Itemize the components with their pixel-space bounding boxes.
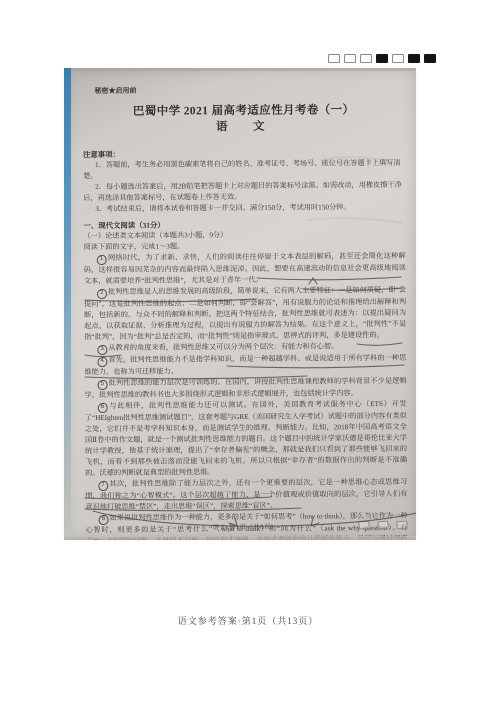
passage-paragraph: 1网络时代，为了求新、求快，人们的阅读往往停留于文本表层的解码，甚至还会简化这种… (84, 251, 406, 287)
page-indicator-icon[interactable] (328, 54, 340, 63)
page-indicator-icon[interactable] (424, 54, 436, 63)
viewer-caption: 语文参考答案·第1页（共13页） (0, 614, 496, 627)
page-indicator-icon[interactable] (408, 54, 420, 63)
answer-mark-box (377, 521, 388, 530)
paragraph-number-circled: 6 (97, 402, 108, 413)
passage-paragraph: 4首先，批判性思维能力不是指学科知识，而是一种超越学科、或是说适用于所有学科的一… (84, 353, 406, 378)
exam-paper-photo: 秘密★启用前 巴蜀中学 2021 届高考适应性月考卷（一） 语 文 注意事项： … (64, 68, 416, 540)
passage-paragraph: 5批判性思维的能力层次是可训练的。在国内，讲授批判性思维课程教师的学科背景不少是… (85, 376, 407, 401)
paragraph-number-circled: 4 (97, 356, 108, 367)
passage-paragraph: 6与此相伴，批判性思维能力还可以测试。在国外，美国教育考试服务中心（ETS）开发… (85, 399, 408, 479)
paragraph-number-circled: 7 (98, 480, 109, 491)
exam-paper-page: 秘密★启用前 巴蜀中学 2021 届高考适应性月考卷（一） 语 文 注意事项： … (69, 68, 416, 540)
paragraph-number-circled: 5 (97, 379, 108, 390)
passage-paragraph: 7其次，批判性思维除了能力层次之外，还有一个更重要的层次，它是一种思维心态或思维… (85, 477, 407, 513)
exam-title: 巴蜀中学 2021 届高考适应性月考卷（一） (83, 104, 405, 119)
paragraph-text: 与此相伴，批判性思维能力还可以测试。在国外，美国教育考试服务中心（ETS）开发了… (85, 400, 407, 477)
paragraph-number-circled: 2 (96, 288, 107, 299)
paragraph-number-circled: 1 (96, 254, 107, 265)
paragraph-text: 网络时代，为了求新、求快，人们的阅读往往停留于文本表层的解码，甚至还会简化这种解… (84, 252, 406, 285)
page-indicator-icon[interactable] (376, 54, 388, 63)
screenshot-root: 秘密★启用前 巴蜀中学 2021 届高考适应性月考卷（一） 语 文 注意事项： … (0, 0, 496, 702)
notice-item: 3．考试结束后，请将本试卷和答题卡一并交回。满分150分，考试用时150分钟。 (83, 202, 405, 215)
paragraph-text: 从教育的角度来看，批判性思维又可以分为两个层次：有能力和有心智。 (108, 342, 338, 352)
page-indicator-icon[interactable] (392, 54, 404, 63)
answer-mark-box (358, 521, 369, 530)
paragraph-text: 批判性思维的能力层次是可训练的。在国内，讲授批判性思维课程教师的学科背景不少是逻… (85, 377, 407, 399)
page-indicator-icon[interactable] (360, 54, 372, 63)
notice-item: 1．答题前，考生务必用黑色碳素笔将自己的姓名、准考证号、考场号、座位号在答题卡上… (83, 158, 405, 182)
paragraph-number-circled: 3 (97, 344, 108, 355)
security-label: 秘密★启用前 (94, 84, 404, 97)
paragraph-text: 批判性思维是人的思维发展的高级阶段，简单说来，它有两大主要特征：一是如何质疑，即… (84, 286, 406, 341)
paragraph-text: 其次，批判性思维除了能力层次之外，还有一个更重要的层次，它是一种思维心态或思维习… (85, 478, 407, 511)
exam-subject: 语 文 (83, 120, 405, 135)
passage-paragraph: 2批判性思维是人的思维发展的高级阶段，简单说来，它有两大主要特征：一是如何质疑，… (84, 285, 406, 343)
answer-mark-box (396, 521, 407, 530)
page-indicator-icon[interactable] (344, 54, 356, 63)
notice-item: 2．每小题选出答案后，用2B铅笔把答题卡上对应题目的答案标号涂黑。如需改动，用橡… (83, 180, 405, 204)
paragraph-text: 首先，批判性思维能力不是指学科知识，而是一种超越学科、或是说适用于所有学科的一种… (84, 354, 406, 376)
answer-mark-boxes (359, 521, 408, 529)
page-indicator-row (328, 54, 436, 63)
